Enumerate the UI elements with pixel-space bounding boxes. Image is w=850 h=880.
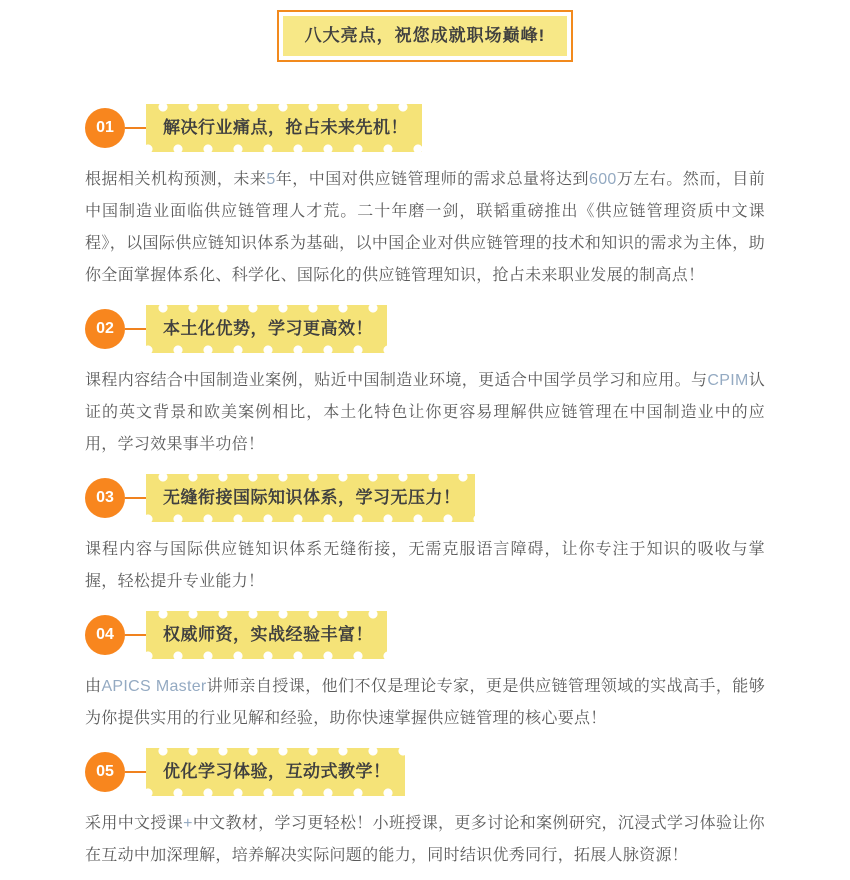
connector-line	[125, 634, 146, 636]
accent-text: 5	[266, 171, 275, 188]
section-heading: 权威师资，实战经验丰富！	[163, 625, 373, 644]
section-heading-banner: 无缝衔接国际知识体系，学习无压力！	[146, 474, 475, 522]
section-number-badge: 02	[85, 309, 125, 349]
accent-text: +	[183, 815, 193, 832]
page-title: 八大亮点，祝您成就职场巅峰!	[283, 16, 568, 56]
highlight-section: 01 解决行业痛点，抢占未来先机！ 根据相关机构预测，未来5年，中国对供应链管理…	[85, 104, 765, 292]
connector-line	[125, 771, 146, 773]
body-text-segment: 课程内容结合中国制造业案例，贴近中国制造业环境，更适合中国学员学习和应用。与	[85, 372, 707, 389]
body-text-segment: 采用中文授课	[85, 815, 183, 832]
page-title-area: 八大亮点，祝您成就职场巅峰!	[0, 0, 850, 62]
highlight-section: 04 权威师资，实战经验丰富！ 由APICS Master讲师亲自授课，他们不仅…	[85, 611, 765, 735]
section-number-badge: 05	[85, 752, 125, 792]
connector-line	[125, 328, 146, 330]
section-number-badge: 03	[85, 478, 125, 518]
section-heading-banner: 优化学习体验，互动式教学！	[146, 748, 405, 796]
section-header: 04 权威师资，实战经验丰富！	[85, 611, 765, 659]
body-text-segment: 由	[85, 678, 101, 695]
section-paragraph: 课程内容与国际供应链知识体系无缝衔接，无需克服语言障碍，让你专注于知识的吸收与掌…	[85, 534, 765, 598]
section-heading-banner: 本土化优势，学习更高效！	[146, 305, 387, 353]
highlight-sections: 01 解决行业痛点，抢占未来先机！ 根据相关机构预测，未来5年，中国对供应链管理…	[85, 104, 765, 872]
body-text-segment: 根据相关机构预测，未来	[85, 171, 266, 188]
body-text-segment: 课程内容与国际供应链知识体系无缝衔接，无需克服语言障碍，让你专注于知识的吸收与掌…	[85, 541, 765, 590]
section-header: 02 本土化优势，学习更高效！	[85, 305, 765, 353]
section-header: 03 无缝衔接国际知识体系，学习无压力！	[85, 474, 765, 522]
body-text-segment: 年，中国对供应链管理师的需求总量将达到	[276, 171, 589, 188]
section-heading-banner: 权威师资，实战经验丰富！	[146, 611, 387, 659]
connector-line	[125, 497, 146, 499]
section-heading: 无缝衔接国际知识体系，学习无压力！	[163, 488, 461, 507]
highlight-section: 05 优化学习体验，互动式教学！ 采用中文授课+中文教材，学习更轻松！小班授课，…	[85, 748, 765, 872]
section-paragraph: 根据相关机构预测，未来5年，中国对供应链管理师的需求总量将达到600万左右。然而…	[85, 164, 765, 292]
connector-line	[125, 127, 146, 129]
accent-text: 600	[589, 171, 617, 188]
accent-text: CPIM	[707, 372, 748, 389]
section-header: 01 解决行业痛点，抢占未来先机！	[85, 104, 765, 152]
section-number-badge: 01	[85, 108, 125, 148]
section-header: 05 优化学习体验，互动式教学！	[85, 748, 765, 796]
section-heading: 本土化优势，学习更高效！	[163, 319, 373, 338]
page-title-banner: 八大亮点，祝您成就职场巅峰!	[277, 10, 574, 62]
section-heading-banner: 解决行业痛点，抢占未来先机！	[146, 104, 422, 152]
highlight-section: 03 无缝衔接国际知识体系，学习无压力！ 课程内容与国际供应链知识体系无缝衔接，…	[85, 474, 765, 598]
section-heading: 解决行业痛点，抢占未来先机！	[163, 118, 408, 137]
highlight-section: 02 本土化优势，学习更高效！ 课程内容结合中国制造业案例，贴近中国制造业环境，…	[85, 305, 765, 461]
accent-text: APICS Master	[101, 678, 206, 695]
section-paragraph: 课程内容结合中国制造业案例，贴近中国制造业环境，更适合中国学员学习和应用。与CP…	[85, 365, 765, 461]
section-paragraph: 由APICS Master讲师亲自授课，他们不仅是理论专家，更是供应链管理领域的…	[85, 671, 765, 735]
section-paragraph: 采用中文授课+中文教材，学习更轻松！小班授课，更多讨论和案例研究，沉浸式学习体验…	[85, 808, 765, 872]
section-heading: 优化学习体验，互动式教学！	[163, 762, 391, 781]
section-number-badge: 04	[85, 615, 125, 655]
